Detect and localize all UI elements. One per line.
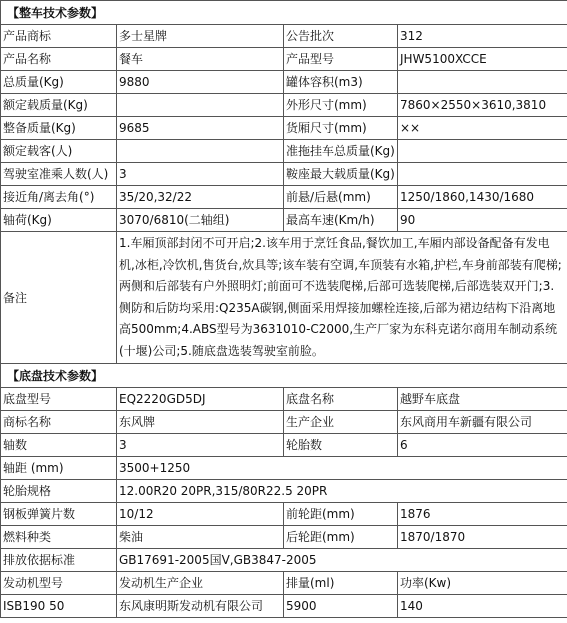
field-label: 产品名称 bbox=[1, 48, 117, 71]
field-value: JHW5100XCCE bbox=[398, 48, 567, 71]
field-value: 12.00R20 20PR,315/80R22.5 20PR bbox=[117, 480, 567, 503]
table-row: 总质量(Kg) 9880 罐体容积(m3) bbox=[1, 71, 567, 94]
table-row: 额定载客(人) 准拖挂车总质量(Kg) bbox=[1, 140, 567, 163]
section-header-chassis: 【底盘技术参数】 bbox=[1, 364, 567, 388]
field-label: 燃料种类 bbox=[1, 526, 117, 549]
field-label: 准拖挂车总质量(Kg) bbox=[284, 140, 398, 163]
field-label: 轮胎数 bbox=[284, 434, 398, 457]
field-value bbox=[398, 140, 567, 163]
table-row: 商标名称 东风牌 生产企业 东风商用车新疆有限公司 bbox=[1, 411, 567, 434]
table-row: 轴荷(Kg) 3070/6810(二轴组) 最高车速(Km/h) 90 bbox=[1, 209, 567, 232]
field-label: 前悬/后悬(mm) bbox=[284, 186, 398, 209]
table-row: 底盘型号 EQ2220GD5DJ 底盘名称 越野车底盘 bbox=[1, 388, 567, 411]
field-value: 多士星牌 bbox=[117, 25, 284, 48]
table-row: 燃料种类 柴油 后轮距(mm) 1870/1870 bbox=[1, 526, 567, 549]
field-value: 1870/1870 bbox=[398, 526, 567, 549]
field-value: 东风牌 bbox=[117, 411, 284, 434]
field-value bbox=[398, 71, 567, 94]
field-label: 商标名称 bbox=[1, 411, 117, 434]
field-value: 7860×2550×3610,3810 bbox=[398, 94, 567, 117]
field-value: 柴油 bbox=[117, 526, 284, 549]
field-value: 9685 bbox=[117, 117, 284, 140]
field-label: 接近角/离去角(°) bbox=[1, 186, 117, 209]
field-label: 鞍座最大载质量(Kg) bbox=[284, 163, 398, 186]
field-label: 额定载质量(Kg) bbox=[1, 94, 117, 117]
field-value: 3 bbox=[117, 434, 284, 457]
field-label: 轴距 (mm) bbox=[1, 457, 117, 480]
engine-power: 140 bbox=[398, 595, 567, 618]
field-value: 90 bbox=[398, 209, 567, 232]
table-row: 接近角/离去角(°) 35/20,32/22 前悬/后悬(mm) 1250/18… bbox=[1, 186, 567, 209]
field-value bbox=[398, 163, 567, 186]
column-header: 功率(Kw) bbox=[398, 572, 567, 595]
table-row: 驾驶室准乘人数(人) 3 鞍座最大载质量(Kg) bbox=[1, 163, 567, 186]
field-label: 轮胎规格 bbox=[1, 480, 117, 503]
table-row: 产品名称 餐车 产品型号 JHW5100XCCE bbox=[1, 48, 567, 71]
field-label: 产品型号 bbox=[284, 48, 398, 71]
table-row: 轴数 3 轮胎数 6 bbox=[1, 434, 567, 457]
field-value: 312 bbox=[398, 25, 567, 48]
section-title: 【整车技术参数】 bbox=[1, 1, 567, 25]
field-value: GB17691-2005国Ⅴ,GB3847-2005 bbox=[117, 549, 567, 572]
table-row: 轴距 (mm) 3500+1250 bbox=[1, 457, 567, 480]
field-label: 驾驶室准乘人数(人) bbox=[1, 163, 117, 186]
column-header: 排量(ml) bbox=[284, 572, 398, 595]
field-value bbox=[117, 140, 284, 163]
field-label: 轴数 bbox=[1, 434, 117, 457]
column-header: 发动机生产企业 bbox=[117, 572, 284, 595]
field-value: 3070/6810(二轴组) bbox=[117, 209, 284, 232]
field-label: 整备质量(Kg) bbox=[1, 117, 117, 140]
field-label: 排放依据标准 bbox=[1, 549, 117, 572]
field-label: 货厢尺寸(mm) bbox=[284, 117, 398, 140]
field-label: 生产企业 bbox=[284, 411, 398, 434]
field-label: 后轮距(mm) bbox=[284, 526, 398, 549]
vehicle-spec-table: 【整车技术参数】 产品商标 多士星牌 公告批次 312 产品名称 餐车 产品型号… bbox=[0, 0, 567, 618]
field-label: 钢板弹簧片数 bbox=[1, 503, 117, 526]
table-row: 产品商标 多士星牌 公告批次 312 bbox=[1, 25, 567, 48]
field-label: 产品商标 bbox=[1, 25, 117, 48]
field-value: ×× bbox=[398, 117, 567, 140]
field-value: 10/12 bbox=[117, 503, 284, 526]
field-label: 罐体容积(m3) bbox=[284, 71, 398, 94]
engine-displacement: 5900 bbox=[284, 595, 398, 618]
remarks-text: 1.车厢顶部封闭不可开启;2.该车用于烹饪食品,餐饮加工,车厢内部设备配备有发电… bbox=[117, 232, 567, 364]
table-row: 排放依据标准 GB17691-2005国Ⅴ,GB3847-2005 bbox=[1, 549, 567, 572]
table-row: 额定载质量(Kg) 外形尺寸(mm) 7860×2550×3610,3810 bbox=[1, 94, 567, 117]
field-label: 外形尺寸(mm) bbox=[284, 94, 398, 117]
field-value: 3500+1250 bbox=[117, 457, 567, 480]
field-value bbox=[117, 94, 284, 117]
field-value: 35/20,32/22 bbox=[117, 186, 284, 209]
engine-model: ISB190 50 bbox=[1, 595, 117, 618]
field-label: 底盘型号 bbox=[1, 388, 117, 411]
field-value: 东风商用车新疆有限公司 bbox=[398, 411, 567, 434]
section-header-vehicle: 【整车技术参数】 bbox=[1, 1, 567, 25]
table-row: 整备质量(Kg) 9685 货厢尺寸(mm) ×× bbox=[1, 117, 567, 140]
section-title: 【底盘技术参数】 bbox=[1, 364, 567, 388]
field-label: 额定载客(人) bbox=[1, 140, 117, 163]
engine-manufacturer: 东风康明斯发动机有限公司 bbox=[117, 595, 284, 618]
field-value: 餐车 bbox=[117, 48, 284, 71]
remarks-row: 备注 1.车厢顶部封闭不可开启;2.该车用于烹饪食品,餐饮加工,车厢内部设备配备… bbox=[1, 232, 567, 364]
field-label: 底盘名称 bbox=[284, 388, 398, 411]
field-label: 公告批次 bbox=[284, 25, 398, 48]
field-value: EQ2220GD5DJ bbox=[117, 388, 284, 411]
field-value: 越野车底盘 bbox=[398, 388, 567, 411]
field-value: 3 bbox=[117, 163, 284, 186]
field-value: 1876 bbox=[398, 503, 567, 526]
field-value: 6 bbox=[398, 434, 567, 457]
field-label: 轴荷(Kg) bbox=[1, 209, 117, 232]
field-value: 1250/1860,1430/1680 bbox=[398, 186, 567, 209]
field-label: 前轮距(mm) bbox=[284, 503, 398, 526]
field-label: 最高车速(Km/h) bbox=[284, 209, 398, 232]
column-header: 发动机型号 bbox=[1, 572, 117, 595]
engine-header-row: 发动机型号 发动机生产企业 排量(ml) 功率(Kw) bbox=[1, 572, 567, 595]
remarks-label: 备注 bbox=[1, 232, 117, 364]
field-label: 总质量(Kg) bbox=[1, 71, 117, 94]
table-row: 钢板弹簧片数 10/12 前轮距(mm) 1876 bbox=[1, 503, 567, 526]
engine-data-row: ISB190 50 东风康明斯发动机有限公司 5900 140 bbox=[1, 595, 567, 618]
field-value: 9880 bbox=[117, 71, 284, 94]
table-row: 轮胎规格 12.00R20 20PR,315/80R22.5 20PR bbox=[1, 480, 567, 503]
